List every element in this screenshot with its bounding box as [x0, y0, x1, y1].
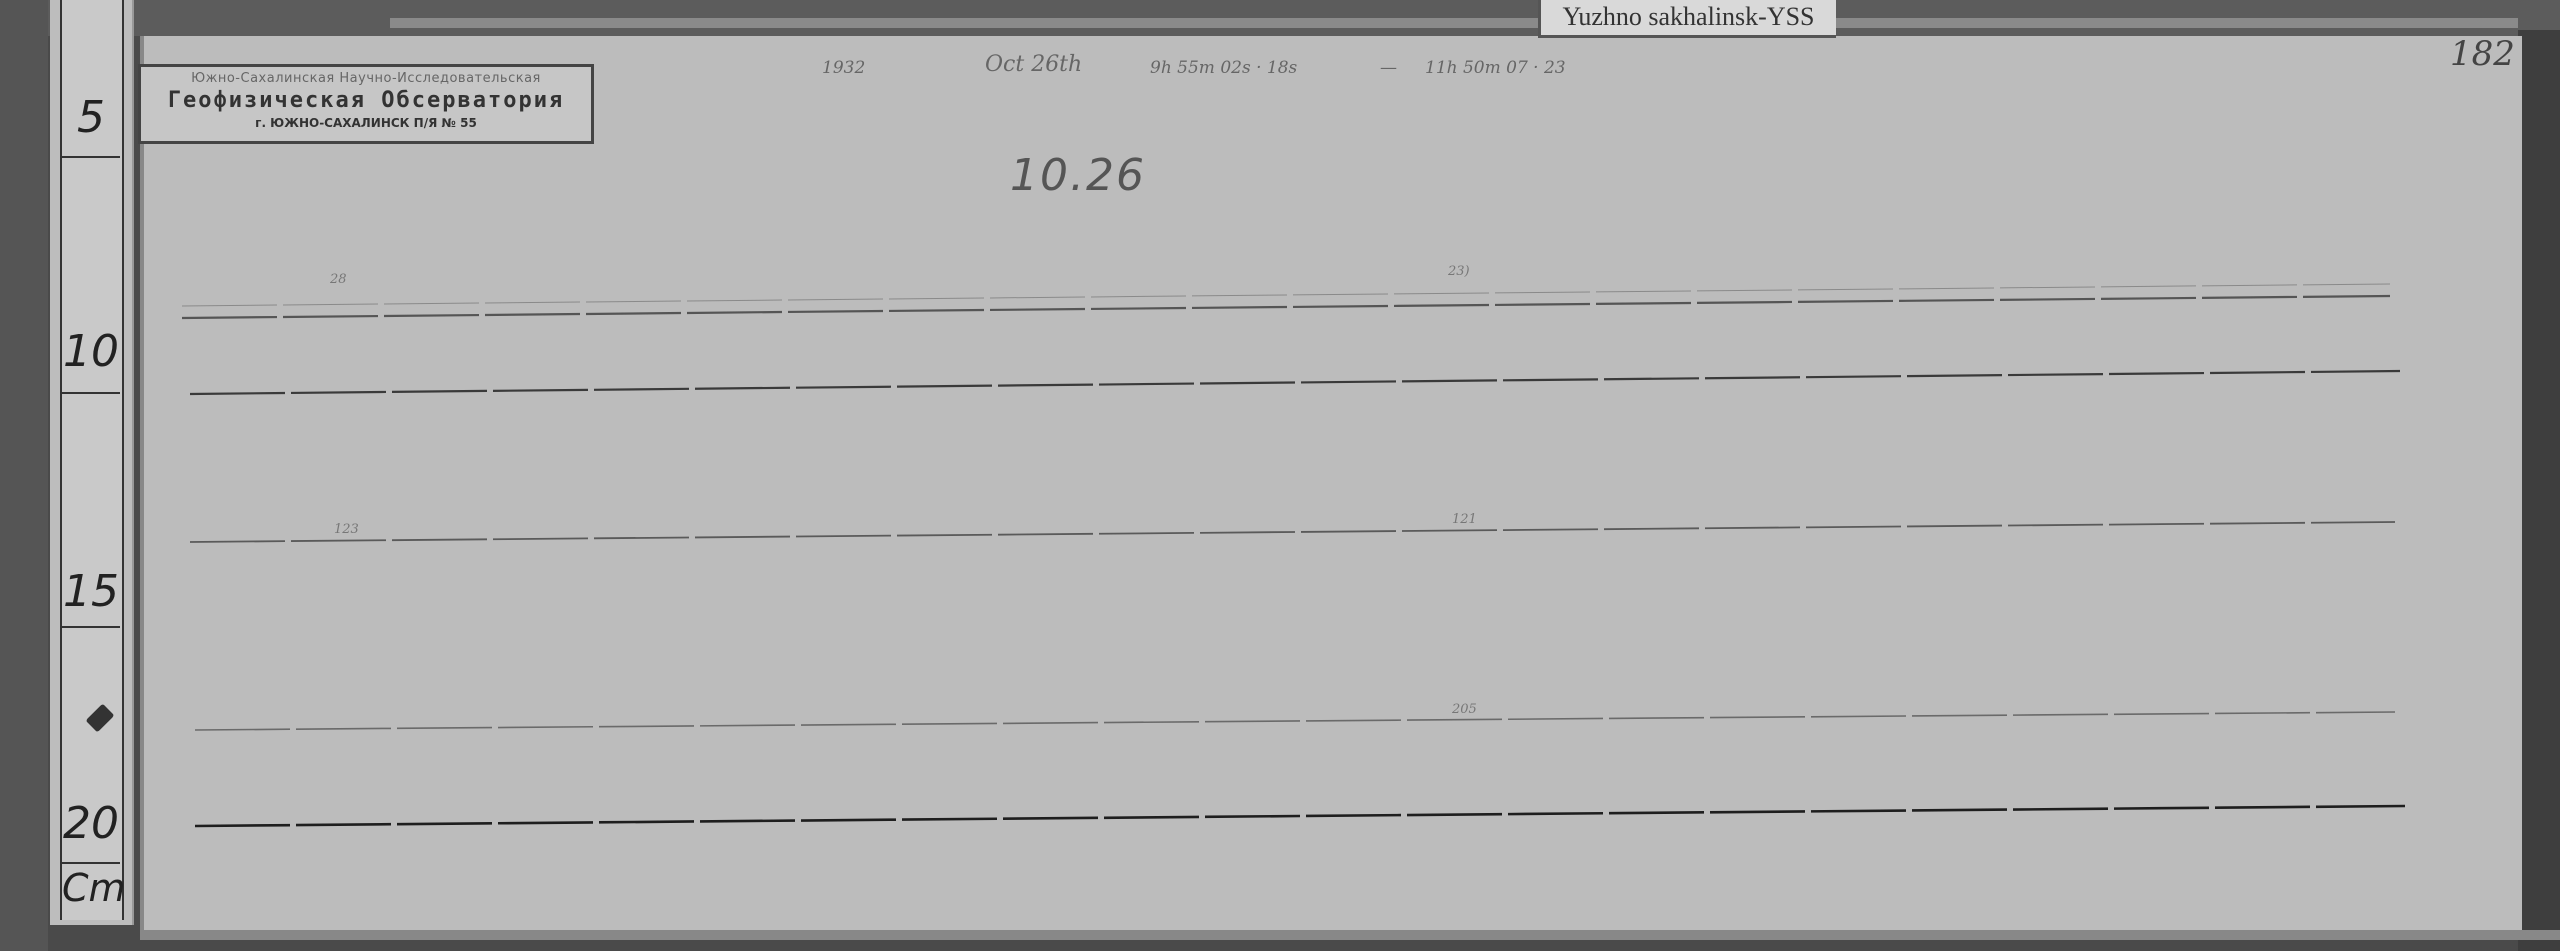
recorder-traces	[0, 0, 2560, 951]
